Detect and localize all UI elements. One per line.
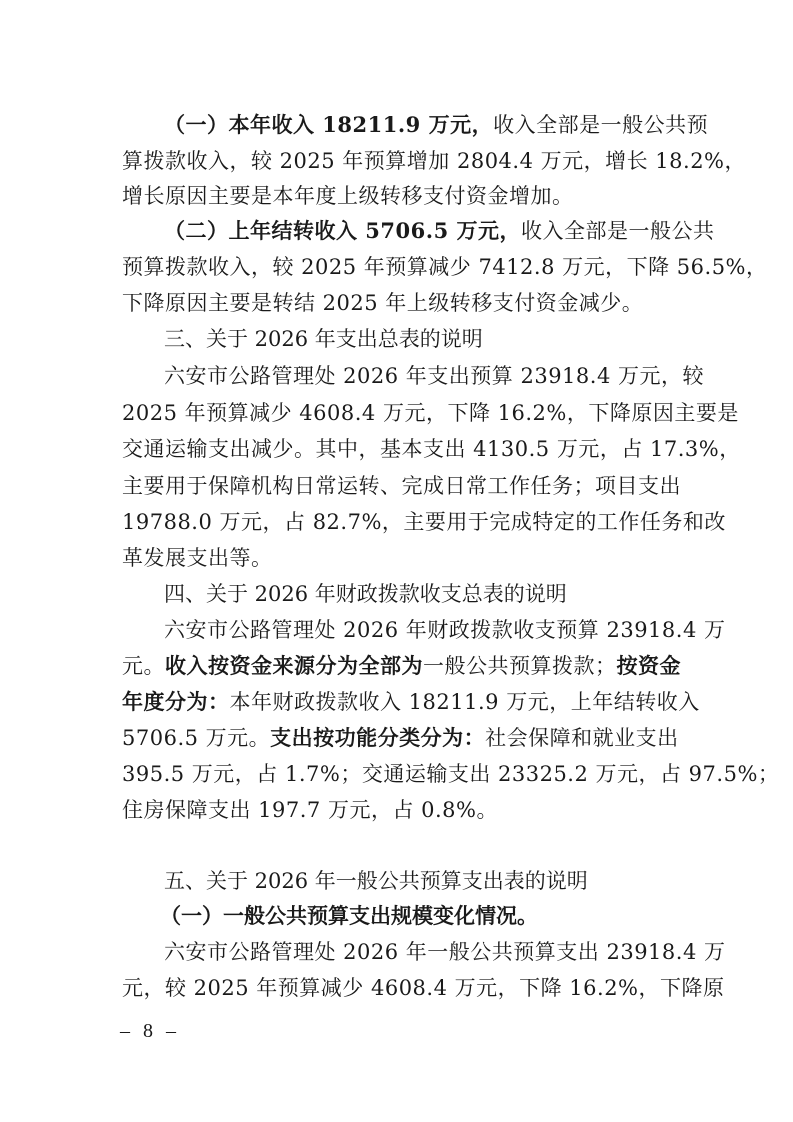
paragraph-line: 下降原因主要是转结 2025 年上级转移支付资金减少。 [122,286,674,320]
section-heading: 五、关于 2026 年一般公共预算支出表的说明 [164,864,588,898]
section-heading: 四、关于 2026 年财政拨款收支总表的说明 [164,577,567,611]
text-run: 本年财政拨款收入 18211.9 万元，上年结转收入 [230,690,700,714]
document-page: （一）本年收入 18211.9 万元，收入全部是一般公共预 算拨款收入，较 20… [0,0,793,1122]
text-run: 收入全部是一般公共预 [493,113,708,137]
page-number-value: 8 [143,1020,157,1042]
paragraph-line: 元，较 2025 年预算减少 4608.4 万元，下降 16.2%，下降原 [122,971,674,1005]
paragraph-line: 19788.0 万元，占 82.7%，主要用于完成特定的工作任务和改 [122,505,674,539]
paragraph-line: 2025 年预算减少 4608.4 万元，下降 16.2%，下降原因主要是 [122,396,674,430]
paragraph-line: 年度分为：本年财政拨款收入 18211.9 万元，上年结转收入 [122,685,674,719]
section-heading: 三、关于 2026 年支出总表的说明 [164,322,483,356]
text-run: 社会保障和就业支出 [485,726,679,750]
text-run: 一般公共预算拨款； [423,654,617,678]
paragraph-line: 交通运输支出减少。其中，基本支出 4130.5 万元，占 17.3%， [122,432,674,466]
text-run: 收入全部是一般公共 [521,219,715,243]
paragraph-line: 革发展支出等。 [122,541,674,575]
text-run: 元。 [122,654,165,678]
paragraph-line: （一）本年收入 18211.9 万元，收入全部是一般公共预 [164,108,674,142]
paragraph-line: 预算拨款收入，较 2025 年预算减少 7412.8 万元，下降 56.5%， [122,250,674,284]
paragraph-line: （二）上年结转收入 5706.5 万元，收入全部是一般公共 [164,214,674,248]
subsection-heading: （一）一般公共预算支出规模变化情况。 [160,899,538,933]
bold-run: 支出按功能分类分为： [270,725,485,750]
bold-lead: （一）本年收入 18211.9 万元， [164,112,493,137]
bold-run: 按资金 [617,653,682,678]
paragraph-line: 395.5 万元，占 1.7%；交通运输支出 23325.2 万元，占 97.5… [122,757,674,791]
paragraph-line: 5706.5 万元。支出按功能分类分为：社会保障和就业支出 [122,721,674,755]
bold-run: 年度分为： [122,689,230,714]
bold-lead: （二）上年结转收入 5706.5 万元， [164,218,521,243]
paragraph-line: 六安市公路管理处 2026 年财政拨款收支预算 23918.4 万 [164,613,674,647]
paragraph-line: 住房保障支出 197.7 万元，占 0.8%。 [122,793,674,827]
paragraph-line: 算拨款收入，较 2025 年预算增加 2804.4 万元，增长 18.2%， [122,144,674,178]
paragraph-line: 主要用于保障机构日常运转、完成日常工作任务；项目支出 [122,469,674,503]
paragraph-line: 增长原因主要是本年度上级转移支付资金增加。 [122,179,674,213]
paragraph-line: 元。收入按资金来源分为全部为一般公共预算拨款；按资金 [122,649,674,683]
paragraph-line: 六安市公路管理处 2026 年支出预算 23918.4 万元，较 [164,359,674,393]
text-run: 5706.5 万元。 [122,726,270,750]
page-number: – 8 – [120,1016,180,1046]
paragraph-line: 六安市公路管理处 2026 年一般公共预算支出 23918.4 万 [164,935,674,969]
bold-run: 收入按资金来源分为全部为 [165,653,423,678]
